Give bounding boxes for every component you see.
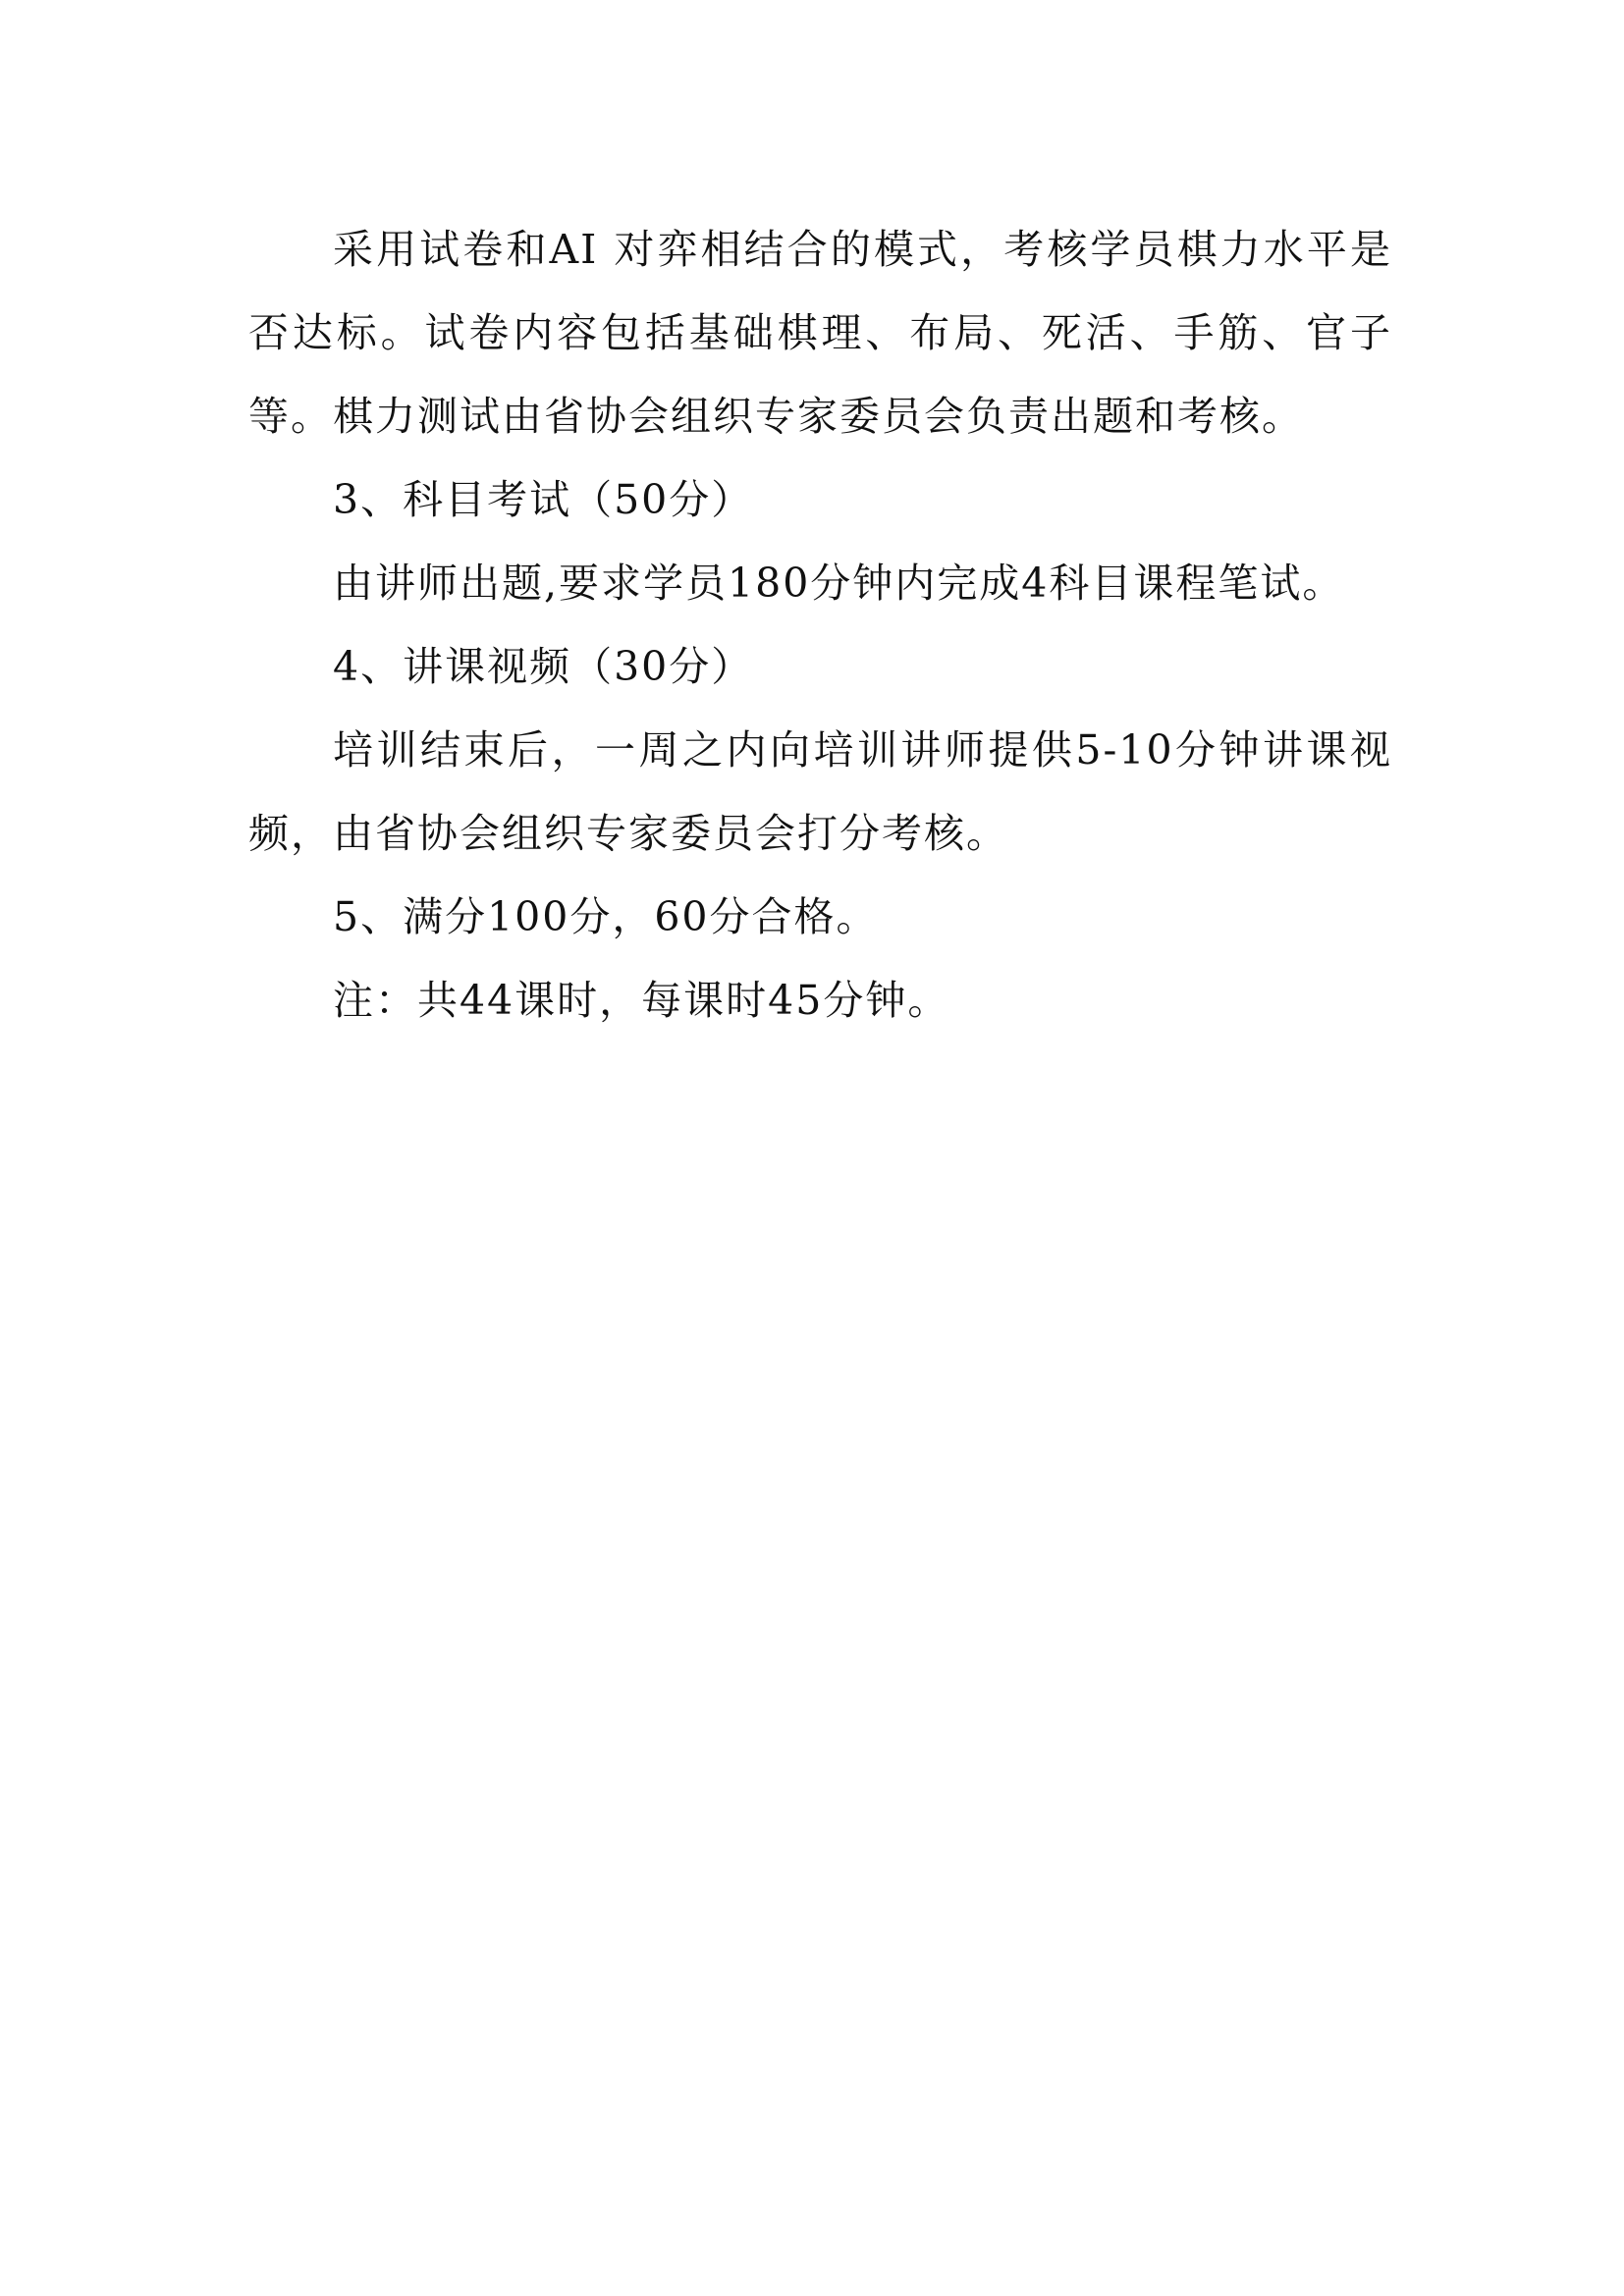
paragraph-subject-exam: 由讲师出题,要求学员180分钟内完成4科目课程笔试。 (248, 542, 1392, 625)
paragraph-lecture-video: 培训结束后，一周之内向培训讲师提供5-10分钟讲课视频，由省协会组织专家委员会打… (248, 709, 1392, 876)
document-page: 采用试卷和AI 对弈相结合的模式，考核学员棋力水平是否达标。试卷内容包括基础棋理… (248, 208, 1392, 1042)
paragraph-note: 注：共44课时，每课时45分钟。 (248, 959, 1392, 1042)
heading-subject-exam: 3、科目考试（50分） (248, 458, 1392, 542)
heading-lecture-video: 4、讲课视频（30分） (248, 625, 1392, 709)
paragraph-scoring: 5、满分100分，60分合格。 (248, 876, 1392, 959)
paragraph-chess-test-description: 采用试卷和AI 对弈相结合的模式，考核学员棋力水平是否达标。试卷内容包括基础棋理… (248, 208, 1392, 458)
